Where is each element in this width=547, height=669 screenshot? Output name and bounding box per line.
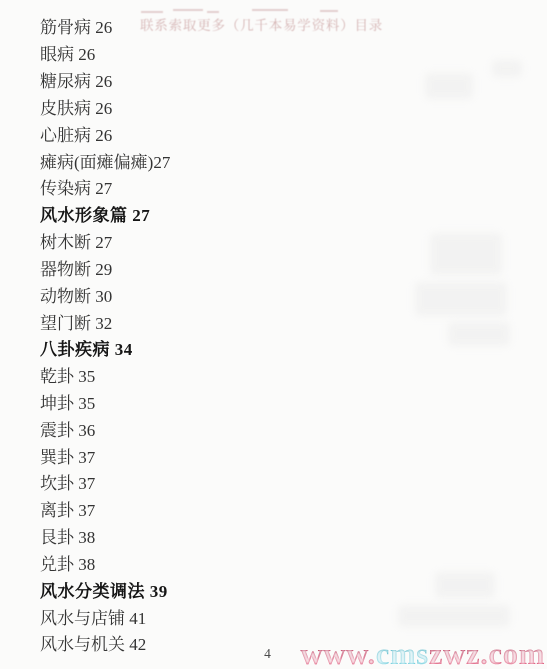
url-segment: cms: [376, 636, 429, 669]
toc-item: 眼病 26: [40, 39, 547, 66]
document-page: 联系索取更多（几千本易学资料）目录 筋骨病 26眼病 26糖尿病 26皮肤病 2…: [0, 0, 547, 669]
scan-artifact-smudge: [435, 572, 495, 598]
toc-item: 心脏病 26: [40, 120, 547, 147]
website-url: www.cmszwz.com: [300, 636, 545, 669]
scan-artifact-smudge: [448, 322, 510, 346]
toc-item: 坤卦 35: [40, 388, 547, 415]
scan-artifact-smudge: [430, 233, 502, 275]
scan-artifact-smudge: [415, 282, 507, 316]
toc-item: 瘫病(面瘫偏瘫)27: [40, 147, 547, 174]
url-segment: www.: [300, 636, 375, 669]
toc-item: 离卦 37: [40, 495, 547, 522]
toc-item: 筋骨病 26: [40, 13, 547, 40]
toc-item: 震卦 36: [40, 415, 547, 442]
scan-artifact-smudge: [398, 605, 510, 627]
toc-item: 传染病 27: [40, 173, 547, 200]
scan-artifact-smudge: [425, 73, 473, 99]
scan-artifact-dash: [252, 9, 288, 11]
scan-artifact-smudge: [492, 60, 522, 77]
toc-item: 坎卦 37: [40, 469, 547, 496]
toc-item: 巽卦 37: [40, 442, 547, 469]
toc-section-header: 风水形象篇 27: [40, 200, 547, 227]
url-segment: zwz.com: [429, 636, 545, 669]
toc-item: 乾卦 35: [40, 361, 547, 388]
scan-artifact-dash: [173, 9, 203, 11]
toc-item: 艮卦 38: [40, 522, 547, 549]
